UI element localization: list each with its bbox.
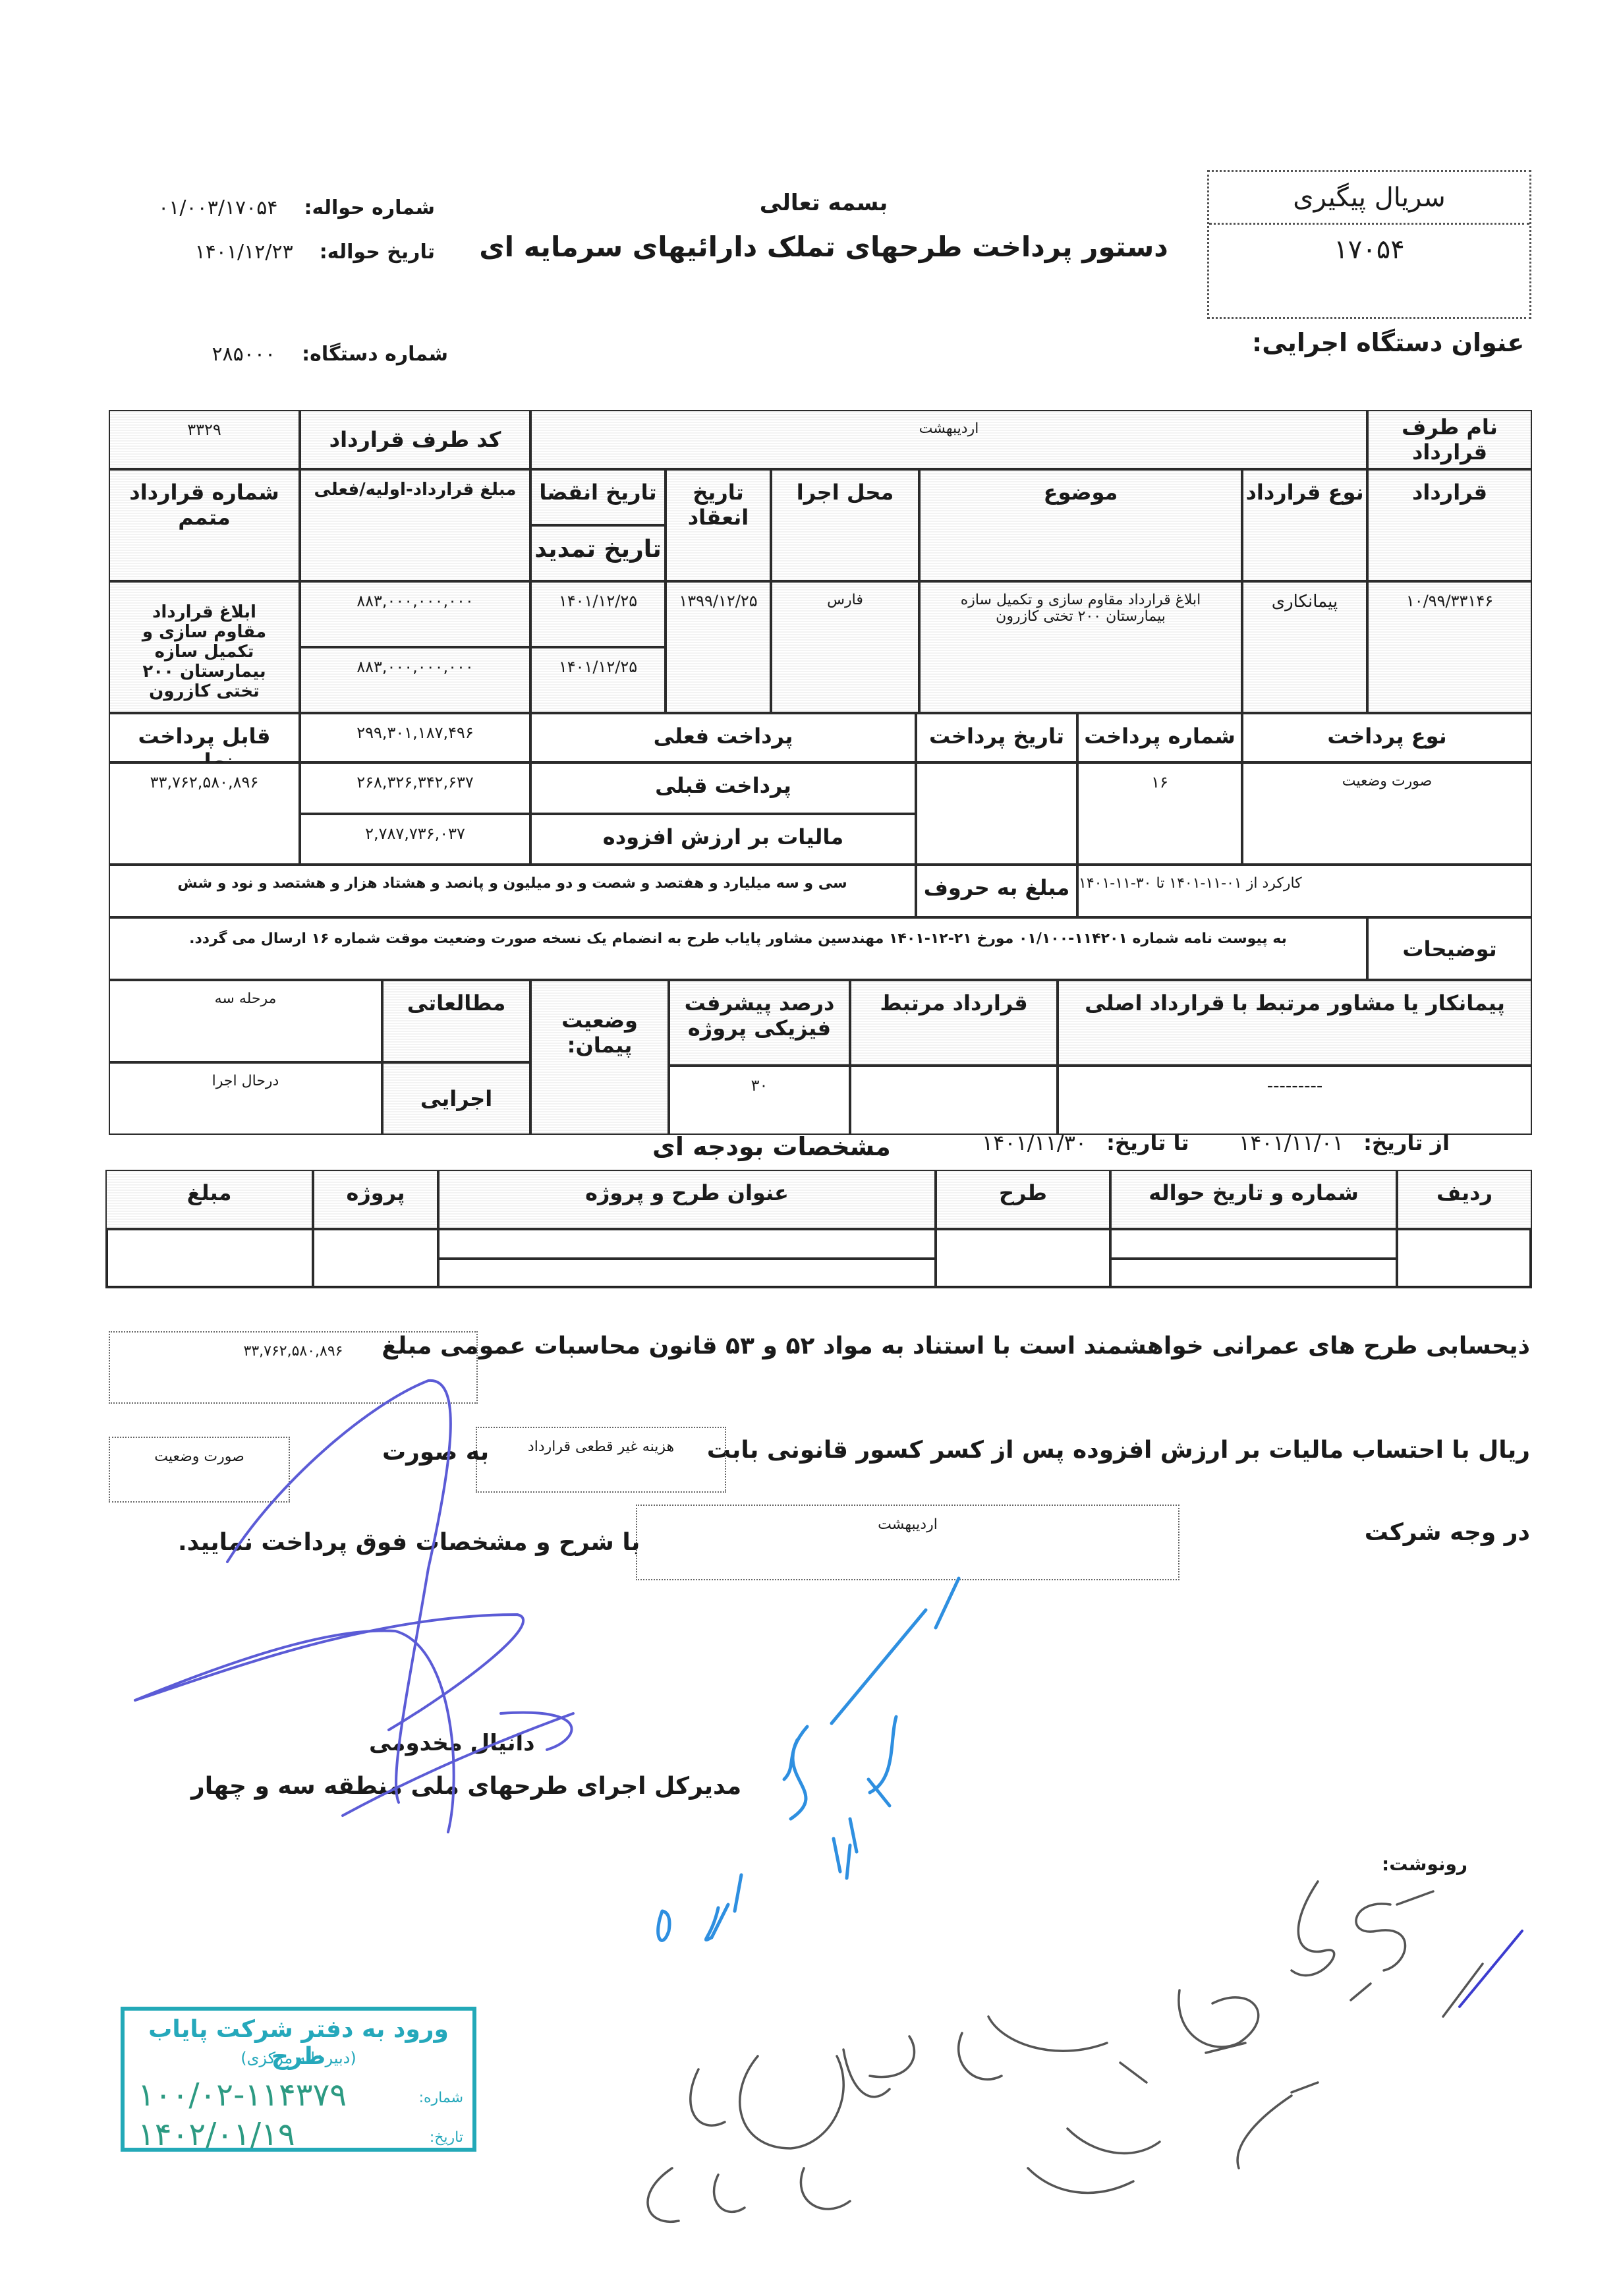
tracking-serial-label: سریال پیگیری (1209, 172, 1529, 225)
as-label: به صورت (382, 1439, 489, 1466)
stamp-number-value: ۱۰۰/۰۲-۱۱۴۳۷۹ (138, 2077, 347, 2113)
payment-number-label: شماره پرداخت (1077, 713, 1242, 762)
supplement-contract-value: ابلاغ قرارداد مقاوم سازی و تکمیل سازه بی… (109, 581, 300, 713)
col-subject-header: موضوع (919, 469, 1242, 581)
device-number-row: شماره دستگاه: ۲۸۵۰۰۰ (198, 343, 448, 366)
contract-number-value: ۱۰/۹۹/۳۳۱۴۶ (1367, 581, 1532, 713)
budget-cell (313, 1229, 438, 1288)
related-contractor-label: پیمانکار یا مشاور مرتبط با قرارداد اصلی (1058, 980, 1532, 1066)
current-payment-label: پرداخت فعلی (530, 713, 916, 762)
payment-type-label: نوع پرداخت (1242, 713, 1532, 762)
amount-in-words-label: مبلغ به حروف (916, 865, 1077, 917)
contract-extension-date-value: ۱۴۰۱/۱۲/۲۵ (530, 647, 666, 713)
havaleh-number-row: شماره حواله: ۰۱/۰۰۳/۱۷۰۵۴ (158, 196, 435, 219)
budget-col-project: پروژه (313, 1170, 438, 1229)
havaleh-date-row: تاریخ حواله: ۱۴۰۱/۱۲/۲۳ (158, 241, 435, 264)
amount-in-words-value: سی و سه میلیارد و هفتصد و شصت و دو میلیو… (109, 865, 916, 917)
col-sign-date-header: تاریخ انعقاد (666, 469, 771, 581)
related-contractor-value: --------- (1058, 1066, 1532, 1135)
device-number-label: شماره دستگاه: (302, 343, 448, 366)
previous-payment-value: ۲۶۸,۳۲۶,۳۴۲,۶۳۷ (300, 762, 530, 814)
final-payable-value: ۳۳,۷۶۲,۵۸۰,۸۹۶ (109, 762, 300, 865)
request-line-2: ریال با احتساب مالیات بر ارزش افزوده پس … (707, 1437, 1530, 1464)
budget-col-plan: طرح (936, 1170, 1110, 1229)
budget-col-amount: مبلغ (105, 1170, 313, 1229)
contract-sign-date-value: ۱۳۹۹/۱۲/۲۵ (666, 581, 771, 713)
budget-cell (936, 1229, 1110, 1288)
vat-value: ۲,۷۸۷,۷۳۶,۰۳۷ (300, 814, 530, 865)
from-date-label: از تاریخ: (1363, 1130, 1450, 1155)
related-contract-value (850, 1066, 1058, 1135)
payment-number-value: ۱۶ (1077, 762, 1242, 865)
contract-location-value: فارس (771, 581, 919, 713)
company-label: در وجه شرکت (1365, 1519, 1530, 1546)
final-payable-label: قابل پرداخت نهایی (109, 713, 300, 762)
to-date-label: تا تاریخ: (1106, 1130, 1189, 1155)
stamp-number-label: شماره: (419, 2090, 463, 2106)
pencil-notes-icon (648, 1881, 1483, 2222)
havaleh-number-label: شماره حواله: (304, 196, 435, 219)
budget-section-title: مشخصات بودجه ای (652, 1132, 891, 1161)
budget-col-havaleh: شماره و تاریخ حواله (1110, 1170, 1397, 1229)
physical-progress-label: درصد پیشرفت فیزیکی پروژه (669, 980, 850, 1066)
stamp-subtitle: (دبیرخانه مرکزی) (125, 2049, 472, 2067)
budget-cell (438, 1229, 936, 1259)
notes-value: به پیوست نامه شماره ۱۱۴۲۰۱-۰۱/۱۰۰ مورخ ۲… (109, 917, 1367, 980)
havaleh-date-label: تاریخ حواله: (320, 241, 435, 264)
amount-box: ۳۳,۷۶۲,۵۸۰,۸۹۶ (109, 1331, 478, 1404)
executive-status-value: درحال اجرا (109, 1062, 382, 1135)
request-line-1: ذیحسابی طرح های عمرانی خواهشمند است با ا… (382, 1333, 1530, 1360)
signatory-name: دانیال مخدومی (369, 1730, 535, 1756)
vat-label: مالیات بر ارزش افزوده (530, 814, 916, 865)
col-location-header: محل اجرا (771, 469, 919, 581)
device-number-value: ۲۸۵۰۰۰ (212, 343, 275, 366)
blue-note-icon (658, 1578, 959, 1940)
party-name-value: اردیبهشت (530, 410, 1367, 469)
payment-form-box: صورت وضعیت (109, 1437, 290, 1503)
study-label: مطالعاتی (382, 980, 530, 1062)
notes-label: توضیحات (1367, 917, 1532, 980)
budget-cell (1397, 1229, 1532, 1288)
cc-label: رونوشت: (1382, 1853, 1467, 1875)
col-extension-date-header: تاریخ تمدید (530, 525, 666, 581)
col-supplement-header: شماره قرارداد متمم (109, 469, 300, 581)
tracking-serial-box: سریال پیگیری ۱۷۰۵۴ (1207, 170, 1531, 319)
current-payment-value: ۲۹۹,۳۰۱,۱۸۷,۴۹۶ (300, 713, 530, 762)
contract-status-label: وضعیت پیمان: (530, 980, 669, 1135)
page-title: دستور پرداخت طرحهای تملک دارائیهای سرمای… (461, 231, 1186, 263)
havaleh-number-value: ۰۱/۰۰۳/۱۷۰۵۴ (158, 196, 277, 219)
expense-type-box: هزینه غیر قطعی قرارداد (476, 1427, 726, 1493)
havaleh-date-value: ۱۴۰۱/۱۲/۲۳ (195, 241, 293, 264)
party-code-label: کد طرف قرارداد (300, 410, 530, 469)
physical-progress-value: ۳۰ (669, 1066, 850, 1135)
executive-agency-label: عنوان دستگاه اجرایی: (1252, 328, 1524, 357)
bismillah-heading: بسمه تعالی (593, 190, 1054, 216)
col-contract-header: قرارداد (1367, 469, 1532, 581)
from-date-value: ۱۴۰۱/۱۱/۰۱ (1239, 1130, 1344, 1155)
payment-date-label: تاریخ پرداخت (916, 713, 1077, 762)
contract-type-value: پیمانکاری (1242, 581, 1367, 713)
contract-expiry-date-value: ۱۴۰۱/۱۲/۲۵ (530, 581, 666, 647)
col-expiry-date-header: تاریخ انقضا (530, 469, 666, 525)
col-amount-header: مبلغ قرارداد-اولیه/فعلی (300, 469, 530, 581)
registry-stamp: ورود به دفتر شرکت پایاب طرح (دبیرخانه مر… (121, 2007, 476, 2152)
payment-request-closing: با شرح و مشخصات فوق پرداخت نمایید. (178, 1529, 640, 1556)
contract-subject-value: ابلاغ قرارداد مقاوم سازی و تکمیل سازه بی… (919, 581, 1242, 713)
study-stage-value: مرحله سه (109, 980, 382, 1062)
budget-col-title: عنوان طرح و پروژه (438, 1170, 936, 1229)
company-name-box: اردیبهشت (636, 1505, 1179, 1580)
budget-cell (1110, 1259, 1397, 1288)
pen-stroke-icon (1460, 1931, 1522, 2007)
contract-amount-initial-value: ۸۸۳,۰۰۰,۰۰۰,۰۰۰ (300, 581, 530, 647)
to-date-value: ۱۴۰۱/۱۱/۳۰ (982, 1130, 1087, 1155)
party-name-label: نام طرف قرارداد (1367, 410, 1532, 469)
tracking-serial-value: ۱۷۰۵۴ (1209, 235, 1529, 265)
budget-cell (1110, 1229, 1397, 1259)
related-contract-label: قرارداد مرتبط (850, 980, 1058, 1066)
payment-type-value: صورت وضعیت (1242, 762, 1532, 865)
previous-payment-label: پرداخت قبلی (530, 762, 916, 814)
executive-label: اجرایی (382, 1062, 530, 1135)
budget-to-date: تا تاریخ: ۱۴۰۱/۱۱/۳۰ (982, 1130, 1189, 1155)
party-code-value: ۳۳۲۹ (109, 410, 300, 469)
budget-cell (438, 1259, 936, 1288)
payment-date-value (916, 762, 1077, 865)
budget-col-row: ردیف (1397, 1170, 1532, 1229)
contract-amount-current-value: ۸۸۳,۰۰۰,۰۰۰,۰۰۰ (300, 647, 530, 713)
stamp-date-label: تاریخ: (430, 2129, 463, 2146)
signatory-title: مدیرکل اجرای طرحهای ملی منطقه سه و چهار (191, 1773, 741, 1800)
stamp-date-value: ۱۴۰۲/۰۱/۱۹ (138, 2116, 295, 2153)
budget-from-date: از تاریخ: ۱۴۰۱/۱۱/۰۱ (1239, 1130, 1450, 1155)
work-period-text: کارکرد از ۰۱-۱۱-۱۴۰۱ تا ۳۰-۱۱-۱۴۰۱ (1077, 865, 1532, 917)
budget-cell (105, 1229, 313, 1288)
col-type-header: نوع قرارداد (1242, 469, 1367, 581)
